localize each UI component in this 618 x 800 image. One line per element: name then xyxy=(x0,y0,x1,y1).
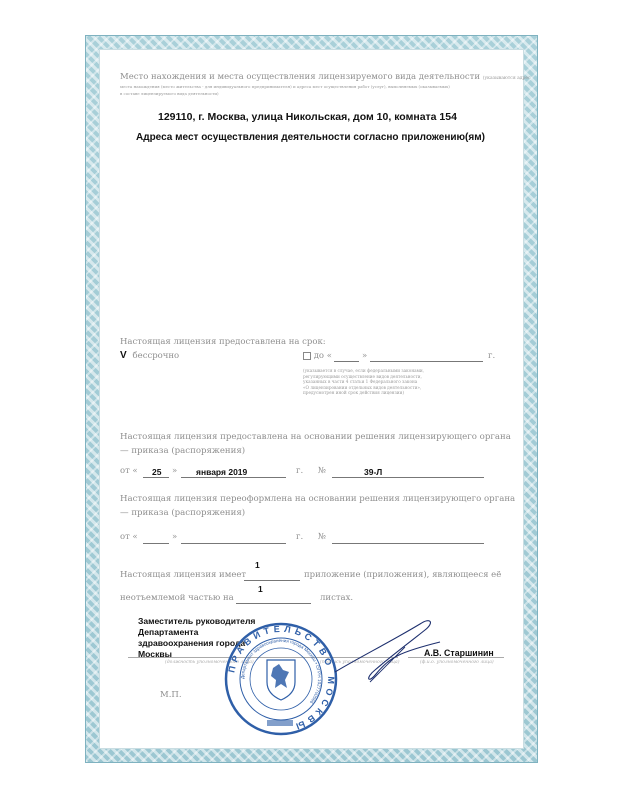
term-indefinite-option: V бессрочно xyxy=(120,350,179,361)
address-note: Адреса мест осуществления деятельности с… xyxy=(136,132,485,143)
term-until-mid: » xyxy=(362,351,367,361)
official-stamp-icon: ПРАВИТЕЛЬСТВО МОСКВЫ Департамент здравоо… xyxy=(223,620,339,738)
checkbox-unchecked-icon[interactable] xyxy=(303,352,311,360)
granted-from-prefix: от « xyxy=(120,466,138,476)
location-heading: Место нахождения и места осуществления л… xyxy=(120,72,531,82)
term-note-line: предусмотрен иной срок действия лицензии… xyxy=(303,390,424,396)
appendix-count: 1 xyxy=(255,560,260,570)
term-until-option: до « xyxy=(303,351,332,361)
term-date-field[interactable] xyxy=(370,361,483,362)
location-heading-text: Место нахождения и места осуществления л… xyxy=(120,72,480,82)
sheets-suffix: листах. xyxy=(320,593,353,603)
reissued-from-prefix: от « xyxy=(120,532,138,542)
term-year-suffix: г. xyxy=(488,351,495,361)
location-note-1: (указываются адрес xyxy=(483,76,531,81)
granted-number: 39-Л xyxy=(364,467,382,477)
reissued-basis: Настоящая лицензия переоформлена на осно… xyxy=(120,494,515,504)
reissued-quote-close: » xyxy=(172,532,177,542)
granted-quote-close: » xyxy=(172,466,177,476)
reissued-day-field[interactable] xyxy=(143,543,169,544)
reissued-number-field[interactable] xyxy=(332,543,484,544)
appendix-prefix: Настоящая лицензия имеет xyxy=(120,570,246,580)
granted-number-label: № xyxy=(318,466,326,476)
granted-day-field[interactable] xyxy=(143,477,169,478)
granted-order-label: — приказа (распоряжения) xyxy=(120,446,245,456)
signature-icon xyxy=(330,612,470,692)
term-until-prefix: до « xyxy=(314,351,332,361)
sheets-prefix: неотъемлемой частью на xyxy=(120,593,234,603)
sheets-count: 1 xyxy=(258,584,263,594)
checkbox-checked-icon[interactable]: V xyxy=(120,350,127,361)
term-indefinite-label: бессрочно xyxy=(133,351,180,361)
term-note-line: указанных в части 4 статьи 1 Федеральног… xyxy=(303,379,424,385)
reissued-order-label: — приказа (распоряжения) xyxy=(120,508,245,518)
term-note: (указывается в случае, если федеральными… xyxy=(303,368,424,396)
granted-day: 25 xyxy=(152,467,161,477)
term-note-line: (указывается в случае, если федеральными… xyxy=(303,368,424,374)
sheets-count-field[interactable] xyxy=(236,603,311,604)
granted-basis: Настоящая лицензия предоставлена на осно… xyxy=(120,432,511,442)
appendix-count-field[interactable] xyxy=(244,580,300,581)
seal-label: М.П. xyxy=(160,690,182,700)
term-day-field[interactable] xyxy=(334,361,359,362)
term-heading: Настоящая лицензия предоставлена на срок… xyxy=(120,337,326,347)
appendix-suffix: приложение (приложения), являющееся её xyxy=(304,570,501,580)
reissued-month-field[interactable] xyxy=(181,543,286,544)
reissued-number-label: № xyxy=(318,532,326,542)
granted-year-suffix: г. xyxy=(296,466,303,476)
granted-month-field[interactable] xyxy=(181,477,286,478)
granted-month-year: января 2019 xyxy=(196,467,247,477)
reissued-year-suffix: г. xyxy=(296,532,303,542)
location-note-2: места нахождения (место жительства - для… xyxy=(120,84,450,90)
granted-number-field[interactable] xyxy=(332,477,484,478)
location-note-3: в составе лицензируемого вида деятельнос… xyxy=(120,91,219,97)
address: 129110, г. Москва, улица Никольская, дом… xyxy=(158,111,457,123)
